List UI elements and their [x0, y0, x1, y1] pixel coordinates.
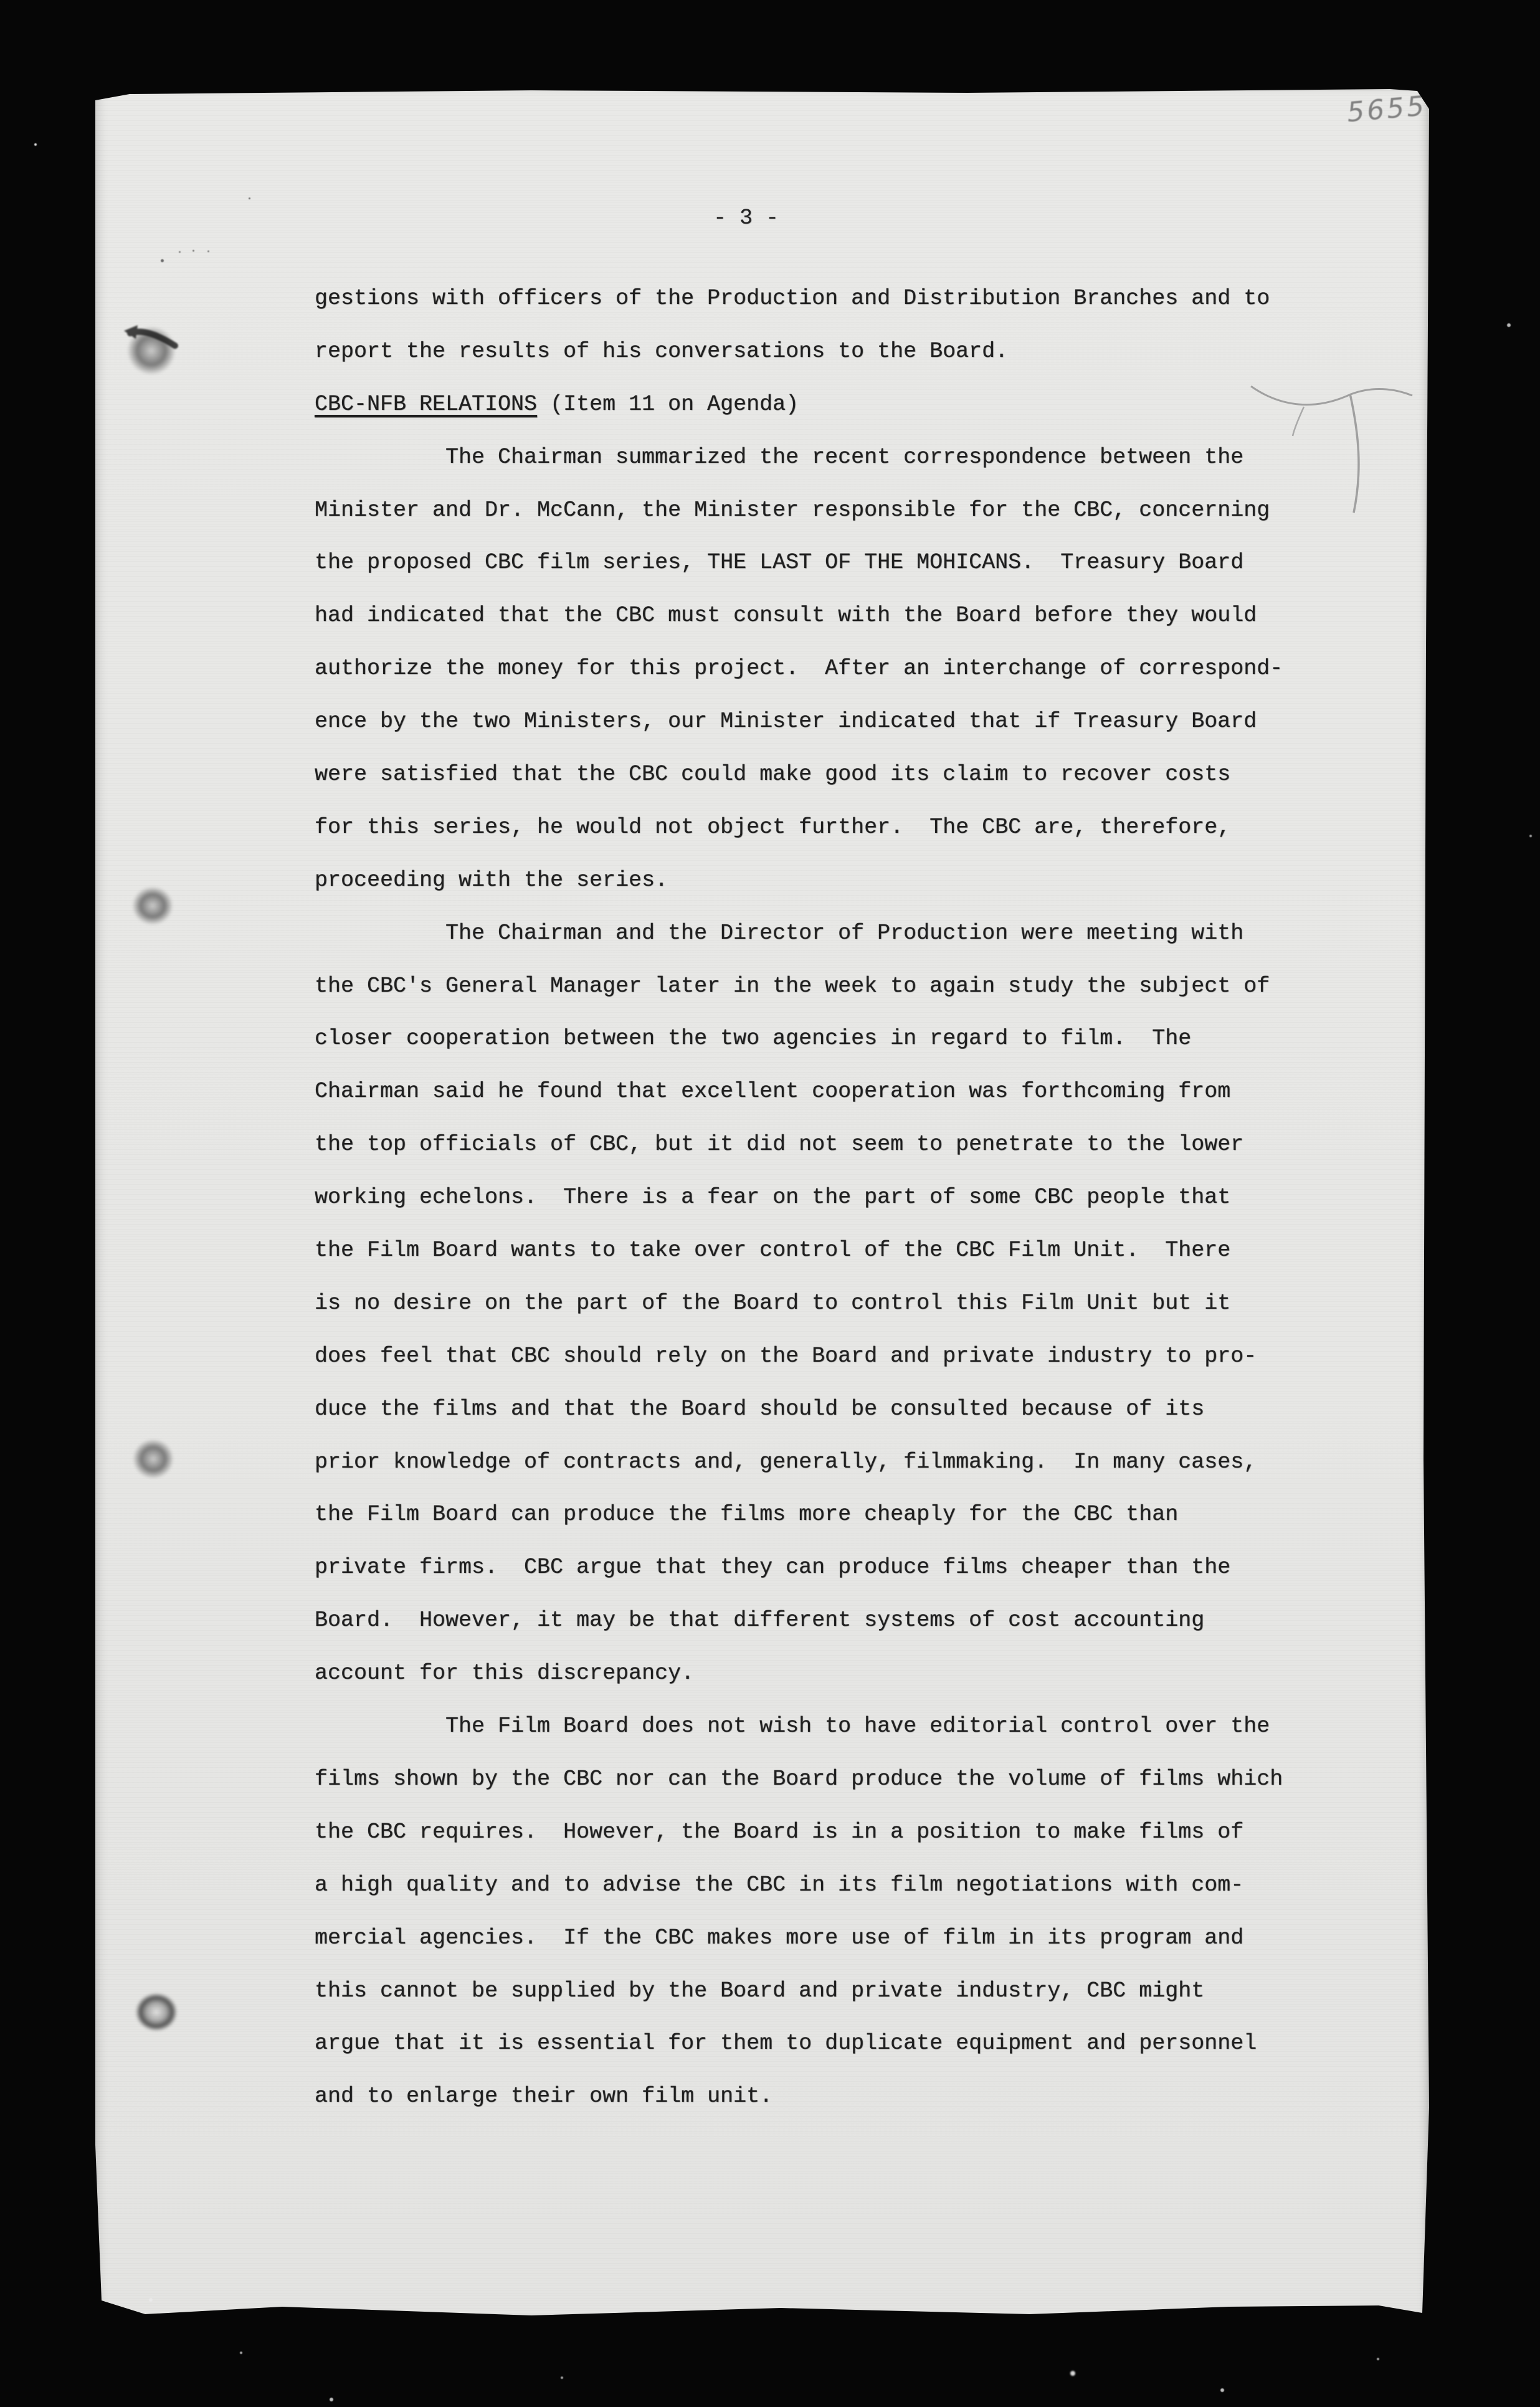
body-line: and to enlarge their own film unit.: [315, 2070, 1324, 2123]
section-heading-sub: (Item 11 on Agenda): [537, 392, 799, 417]
body-line: argue that it is essential for them to d…: [315, 2017, 1324, 2070]
body-line: films shown by the CBC nor can the Board…: [315, 1753, 1324, 1806]
page-number: - 3 -: [713, 192, 779, 245]
body-line: The Film Board does not wish to have edi…: [315, 1700, 1324, 1753]
section-heading-title: CBC-NFB RELATIONS: [315, 392, 537, 417]
body-line: The Chairman and the Director of Product…: [315, 907, 1324, 960]
body-text: gestions with officers of the Production…: [315, 272, 1324, 2123]
paper-sheet: 5655 - 3 - gestions with officers of the…: [95, 89, 1429, 2319]
body-line: authorize the money for this project. Af…: [315, 642, 1324, 695]
body-line: the Film Board wants to take over contro…: [315, 1224, 1324, 1277]
body-line: the Film Board can produce the films mor…: [315, 1488, 1324, 1541]
body-line: gestions with officers of the Production…: [315, 272, 1324, 325]
ink-smudge-mark: [121, 321, 184, 358]
body-line: duce the films and that the Board should…: [315, 1383, 1324, 1436]
body-line: mercial agencies. If the CBC makes more …: [315, 1912, 1324, 1965]
body-line: Chairman said he found that excellent co…: [315, 1065, 1324, 1118]
body-line: for this series, he would not object fur…: [315, 801, 1324, 854]
scanned-document-page: { "page": { "number": "- 3 -", "handwrit…: [0, 0, 1540, 2407]
body-line: a high quality and to advise the CBC in …: [315, 1859, 1324, 1912]
body-line: the proposed CBC film series, THE LAST O…: [315, 536, 1324, 589]
body-line: report the results of his conversations …: [315, 325, 1324, 378]
body-line: does feel that CBC should rely on the Bo…: [315, 1330, 1324, 1383]
body-line: is no desire on the part of the Board to…: [315, 1277, 1324, 1330]
body-line: prior knowledge of contracts and, genera…: [315, 1436, 1324, 1489]
scan-speck-marks: [161, 259, 164, 262]
body-line: the CBC requires. However, the Board is …: [315, 1806, 1324, 1859]
punch-hole-mark: [135, 1993, 178, 2031]
body-line: private firms. CBC argue that they can p…: [315, 1541, 1324, 1594]
body-line: the top officials of CBC, but it did not…: [315, 1118, 1324, 1171]
handwritten-folio-number: 5655: [1346, 90, 1428, 129]
punch-hole-mark: [133, 1439, 174, 1479]
body-line: had indicated that the CBC must consult …: [315, 589, 1324, 642]
body-line: proceeding with the series.: [315, 854, 1324, 907]
body-line: account for this discrepancy.: [315, 1647, 1324, 1700]
section-heading: CBC-NFB RELATIONS (Item 11 on Agenda): [315, 378, 1324, 431]
body-line: The Chairman summarized the recent corre…: [315, 431, 1324, 484]
body-line: ence by the two Ministers, our Minister …: [315, 695, 1324, 748]
body-line: closer cooperation between the two agenc…: [315, 1012, 1324, 1065]
body-line: working echelons. There is a fear on the…: [315, 1171, 1324, 1224]
scanner-dust-artifacts: [34, 143, 37, 146]
body-line: Minister and Dr. McCann, the Minister re…: [315, 484, 1324, 537]
body-line: the CBC's General Manager later in the w…: [315, 960, 1324, 1013]
body-line: Board. However, it may be that different…: [315, 1594, 1324, 1647]
punch-hole-mark: [132, 886, 173, 925]
body-line: were satisfied that the CBC could make g…: [315, 748, 1324, 801]
body-line: this cannot be supplied by the Board and…: [315, 1965, 1324, 2018]
pencil-check-mark: [1243, 377, 1430, 520]
